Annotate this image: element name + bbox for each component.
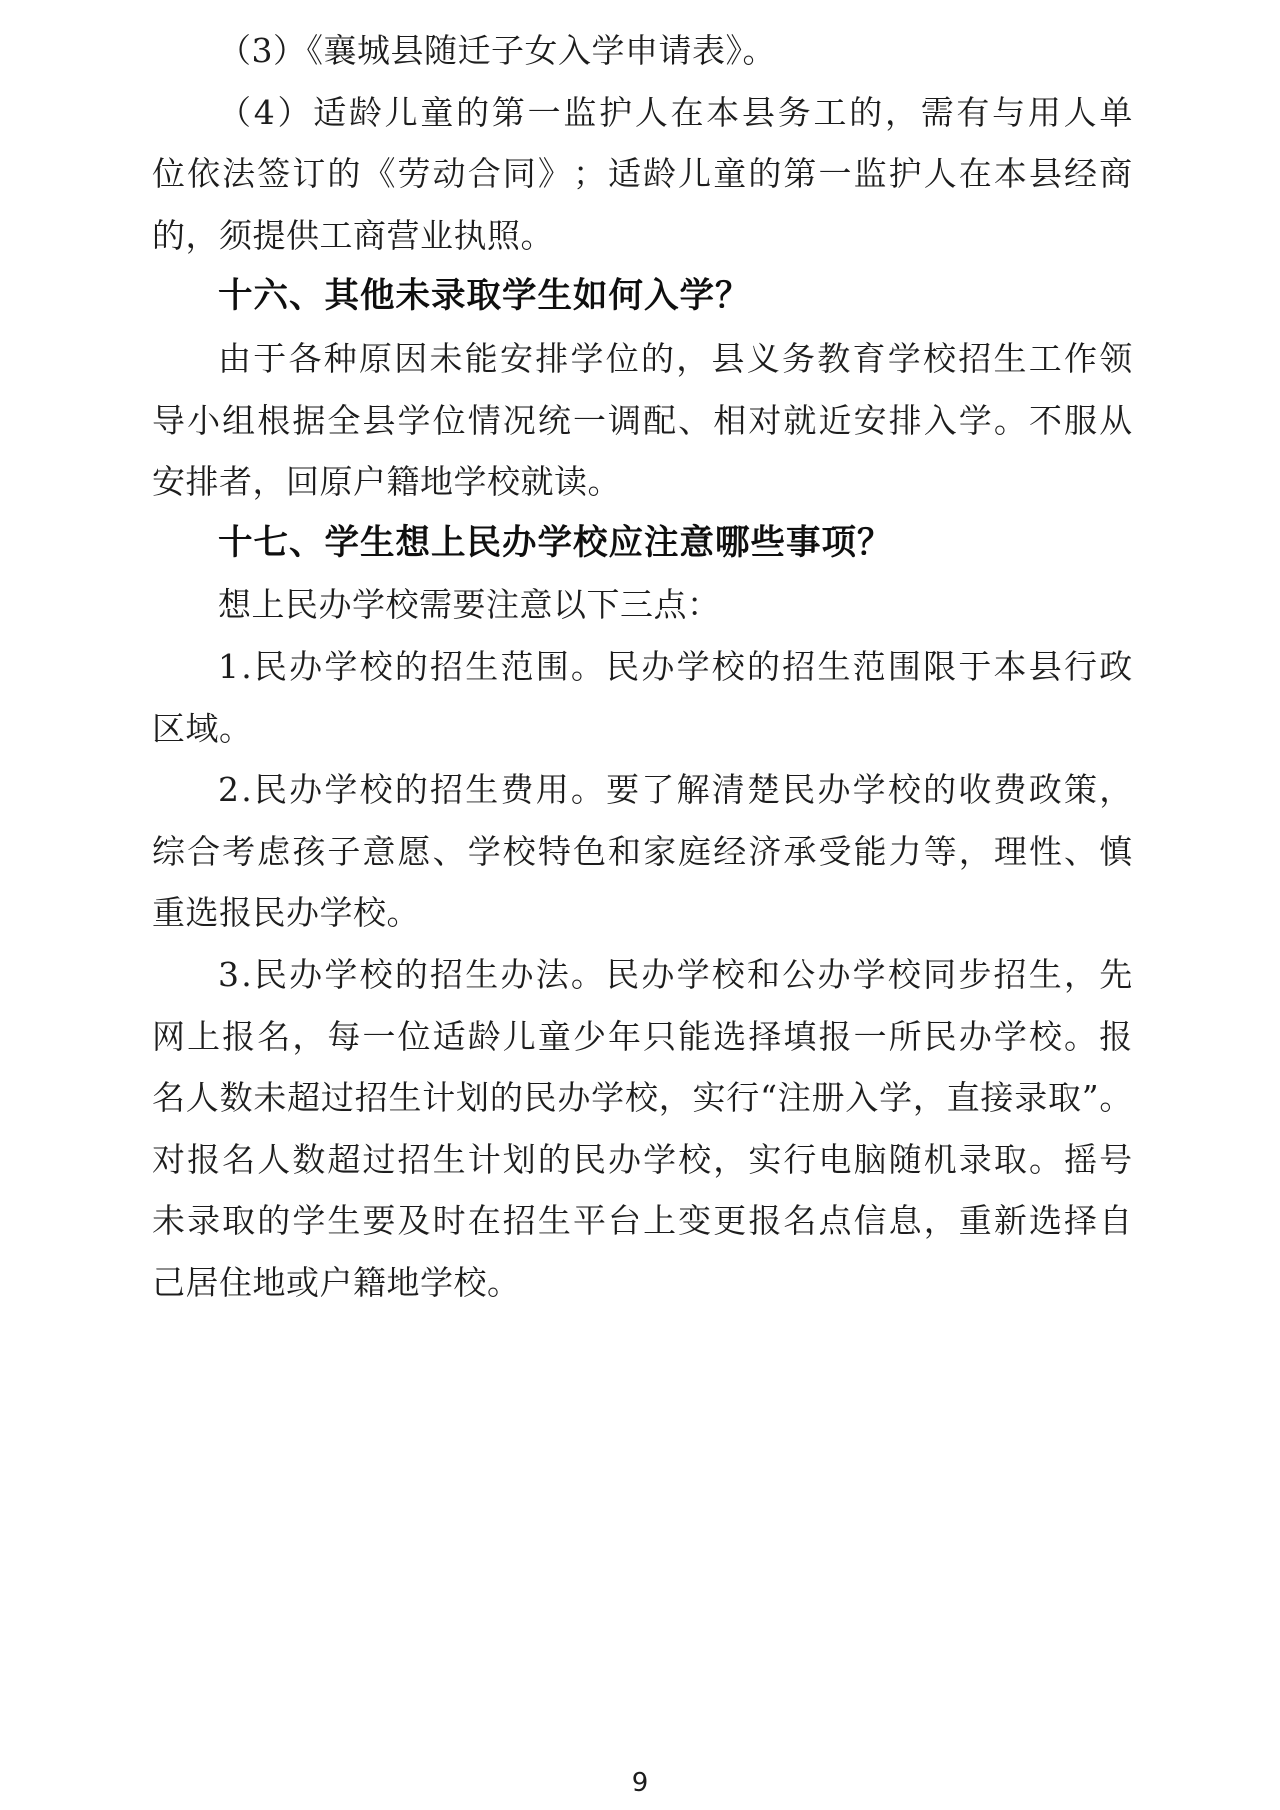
text-line: 网上报名，每一位适龄儿童少年只能选择填报一所民办学校。报 xyxy=(152,1006,1133,1068)
text-line: 综合考虑孩子意愿、学校特色和家庭经济承受能力等，理性、慎 xyxy=(152,821,1133,883)
text-line: 名人数未超过招生计划的民办学校，实行“注册入学，直接录取”。 xyxy=(152,1067,1133,1129)
text-line: 安排者，回原户籍地学校就读。 xyxy=(152,451,1133,513)
text-line: 对报名人数超过招生计划的民办学校，实行电脑随机录取。摇号 xyxy=(152,1129,1133,1191)
text-line: 未录取的学生要及时在招生平台上变更报名点信息，重新选择自 xyxy=(152,1190,1133,1252)
text-line: （3）《襄城县随迁子女入学申请表》。 xyxy=(152,20,1133,82)
text-line: 导小组根据全县学位情况统一调配、相对就近安排入学。不服从 xyxy=(152,390,1133,452)
text-line: 由于各种原因未能安排学位的，县义务教育学校招生工作领 xyxy=(152,328,1133,390)
document-page: （3）《襄城县随迁子女入学申请表》。（4）适龄儿童的第一监护人在本县务工的，需有… xyxy=(0,0,1280,1810)
text-line: 位依法签订的《劳动合同》；适龄儿童的第一监护人在本县经商 xyxy=(152,143,1133,205)
section-heading: 十六、其他未录取学生如何入学？ xyxy=(152,266,1133,328)
text-line: 重选报民办学校。 xyxy=(152,882,1133,944)
text-line: 己居住地或户籍地学校。 xyxy=(152,1252,1133,1314)
document-body: （3）《襄城县随迁子女入学申请表》。（4）适龄儿童的第一监护人在本县务工的，需有… xyxy=(152,20,1133,1313)
text-line: 3.民办学校的招生办法。民办学校和公办学校同步招生，先 xyxy=(152,944,1133,1006)
text-line: 的，须提供工商营业执照。 xyxy=(152,205,1133,267)
text-line: 区域。 xyxy=(152,698,1133,760)
text-line: （4）适龄儿童的第一监护人在本县务工的，需有与用人单 xyxy=(152,82,1133,144)
page-number: 9 xyxy=(0,1768,1280,1798)
section-heading: 十七、学生想上民办学校应注意哪些事项？ xyxy=(152,513,1133,575)
text-line: 想上民办学校需要注意以下三点： xyxy=(152,574,1133,636)
text-line: 2.民办学校的招生费用。要了解清楚民办学校的收费政策， xyxy=(152,759,1133,821)
text-line: 1.民办学校的招生范围。民办学校的招生范围限于本县行政 xyxy=(152,636,1133,698)
